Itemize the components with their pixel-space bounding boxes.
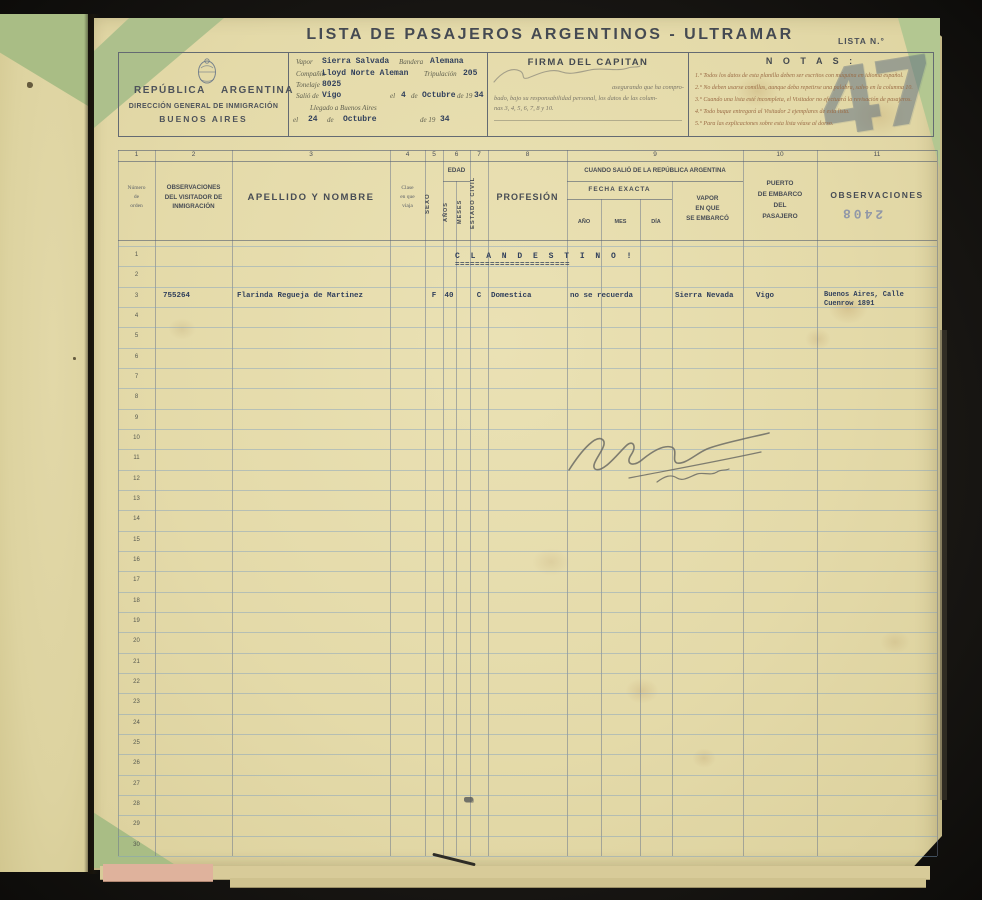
header-edad-anos: AÑOS bbox=[443, 188, 456, 236]
header-profesion: PROFESIÓN bbox=[488, 192, 567, 202]
column-number: 6 bbox=[443, 151, 470, 158]
page-title: LISTA DE PASAJEROS ARGENTINOS - ULTRAMAR bbox=[200, 26, 900, 44]
row-number: 21 bbox=[118, 659, 155, 665]
scanned-passenger-list-page: LISTA DE PASAJEROS ARGENTINOS - ULTRAMAR… bbox=[0, 0, 982, 900]
grid-line-horizontal bbox=[443, 181, 470, 182]
row-number: 9 bbox=[118, 415, 155, 421]
firma-line3: nas 3, 4, 5, 6, 7, 8 y 10. bbox=[494, 105, 684, 112]
column-number: 9 bbox=[567, 151, 743, 158]
row-line bbox=[118, 673, 937, 674]
row-line bbox=[118, 531, 937, 532]
row-number: 27 bbox=[118, 781, 155, 787]
org-republica-text: REPÚBLICA bbox=[134, 85, 206, 96]
nota-item: 5.° Para las explicaciones sobre esta li… bbox=[695, 121, 927, 128]
facing-page-edge bbox=[0, 14, 88, 872]
notas-title: N O T A S : bbox=[690, 56, 932, 66]
stain bbox=[880, 630, 910, 654]
row-number: 16 bbox=[118, 557, 155, 563]
passenger-edad-anos: 40 bbox=[440, 292, 458, 300]
grid-line-horizontal bbox=[118, 161, 937, 162]
row-number: 26 bbox=[118, 760, 155, 766]
org-ciudad-text: BUENOS AIRES bbox=[120, 114, 287, 124]
pink-page-edge bbox=[103, 864, 213, 882]
passenger-codigo: 755264 bbox=[163, 292, 190, 300]
grid-line-vertical bbox=[390, 150, 391, 856]
argentina-coat-of-arms-icon bbox=[195, 57, 219, 85]
grid-line-vertical bbox=[443, 150, 444, 856]
header-observaciones-visitador: OBSERVACIONESDEL VISITADOR DEINMIGRACIÓN bbox=[155, 183, 232, 212]
salio-label: Salió de bbox=[296, 92, 319, 100]
dust-speck bbox=[27, 82, 33, 88]
salio-mes: Octubre bbox=[422, 91, 456, 100]
row-number: 8 bbox=[118, 394, 155, 400]
row-number: 7 bbox=[118, 374, 155, 380]
de-label: de bbox=[411, 92, 418, 100]
llegada-de19-label: de 19 bbox=[420, 116, 435, 124]
firma-rule bbox=[494, 120, 682, 121]
row-number: 13 bbox=[118, 496, 155, 502]
row-line bbox=[118, 429, 937, 430]
row-number: 30 bbox=[118, 842, 155, 848]
passenger-fecha-salida: no se recuerda bbox=[570, 292, 633, 300]
row-number: 3 bbox=[118, 293, 155, 299]
passenger-profesion: Domestica bbox=[491, 292, 532, 300]
llegada-el-label: el bbox=[293, 116, 298, 124]
dust-speck bbox=[73, 357, 76, 360]
row-line bbox=[118, 815, 937, 816]
grid-line-horizontal bbox=[118, 240, 937, 241]
row-number: 29 bbox=[118, 821, 155, 827]
vapor-value: Sierra Salvada bbox=[322, 57, 389, 66]
row-line bbox=[118, 348, 937, 349]
row-line bbox=[118, 307, 937, 308]
llegada-ano: 34 bbox=[440, 115, 450, 124]
passenger-puerto: Vigo bbox=[756, 292, 774, 300]
row-line bbox=[118, 693, 937, 694]
under-page-edge-2 bbox=[230, 878, 926, 888]
row-number: 28 bbox=[118, 801, 155, 807]
stain bbox=[168, 318, 196, 340]
grid-line-vertical bbox=[817, 150, 818, 856]
row-line bbox=[118, 287, 937, 288]
stain bbox=[692, 748, 716, 768]
row-line bbox=[118, 795, 937, 796]
row-line bbox=[118, 836, 937, 837]
grid-line-horizontal bbox=[118, 150, 937, 151]
row-line bbox=[118, 754, 937, 755]
salio-value: Vigo bbox=[322, 91, 341, 100]
llegada-label: Llegado a Buenos Aires bbox=[310, 104, 377, 112]
form-page bbox=[94, 18, 942, 870]
row-number: 20 bbox=[118, 638, 155, 644]
row-line bbox=[118, 388, 937, 389]
bandera-value: Alemana bbox=[430, 57, 464, 66]
tripulacion-label: Tripulación bbox=[424, 70, 457, 78]
column-number: 8 bbox=[488, 151, 567, 158]
header-apellido-nombre: APELLIDO Y NOMBRE bbox=[232, 192, 390, 203]
row-line bbox=[118, 368, 937, 369]
row-line bbox=[118, 612, 937, 613]
column-number: 7 bbox=[470, 151, 488, 158]
llegada-mes: Octubre bbox=[343, 115, 377, 124]
header-puerto-embarco: PUERTODE EMBARCODELPASAJERO bbox=[743, 178, 817, 222]
row-number: 24 bbox=[118, 720, 155, 726]
row-line bbox=[118, 734, 937, 735]
salio-ano: 34 bbox=[474, 91, 484, 100]
compania-label: Compañía bbox=[296, 70, 325, 78]
tonelaje-value: 8025 bbox=[322, 80, 341, 89]
vapor-label: Vapor bbox=[296, 58, 313, 66]
column-number: 1 bbox=[118, 151, 155, 158]
grid-line-vertical bbox=[937, 150, 938, 856]
row-line bbox=[118, 327, 937, 328]
header-estado-civil: ESTADO CIVIL bbox=[470, 170, 488, 236]
row-line bbox=[118, 632, 937, 633]
column-number: 10 bbox=[743, 151, 817, 158]
row-line bbox=[118, 470, 937, 471]
row-number: 5 bbox=[118, 333, 155, 339]
org-direccion-text: DIRECCIÓN GENERAL DE INMIGRACIÓN bbox=[120, 103, 287, 110]
column-number: 2 bbox=[155, 151, 232, 158]
row-number: 17 bbox=[118, 577, 155, 583]
el-label: el bbox=[390, 92, 395, 100]
header-cuando-salio: CUANDO SALIÓ DE LA REPÚBLICA ARGENTINA bbox=[567, 167, 743, 174]
clandestino-underline: ======================= bbox=[455, 261, 570, 269]
header-clase: Claseen queviaja bbox=[390, 184, 425, 211]
nota-item: 2.° No deben usarse comillas, aunque deb… bbox=[695, 85, 927, 92]
row-line bbox=[118, 775, 937, 776]
ink-blot bbox=[464, 797, 473, 802]
row-line bbox=[118, 449, 937, 450]
passenger-obs-line1: Buenos Aires, Calle bbox=[824, 291, 904, 299]
header-sexo: SEXO bbox=[425, 172, 443, 236]
row-number: 25 bbox=[118, 740, 155, 746]
row-number: 12 bbox=[118, 476, 155, 482]
row-number: 23 bbox=[118, 699, 155, 705]
firma-line1: asegurando que ha compro- bbox=[560, 84, 684, 91]
bandera-label: Bandera bbox=[399, 58, 423, 66]
nota-item: 4.° Todo buque entregará al Visitador 2 … bbox=[695, 109, 927, 116]
row-line bbox=[118, 510, 937, 511]
passenger-vapor: Sierra Nevada bbox=[675, 292, 734, 300]
grid-line-horizontal bbox=[567, 199, 672, 200]
header-observaciones: OBSERVACIONES bbox=[817, 190, 937, 200]
row-number: 15 bbox=[118, 537, 155, 543]
right-page-edge bbox=[940, 330, 947, 800]
header-dia: DÍA bbox=[640, 219, 672, 225]
grid-line-vertical bbox=[232, 150, 233, 856]
compania-value: Lloyd Norte Aleman bbox=[322, 69, 408, 78]
tonelaje-label: Tonelaje bbox=[296, 81, 320, 89]
llegada-de-label: de bbox=[327, 116, 334, 124]
header-edad: EDAD bbox=[443, 167, 470, 174]
row-line bbox=[118, 714, 937, 715]
nota-item: 1.° Todos los datos de esta planilla deb… bbox=[695, 73, 927, 80]
row-line bbox=[118, 490, 937, 491]
tripulacion-value: 205 bbox=[463, 69, 477, 78]
column-number: 11 bbox=[817, 151, 937, 158]
passenger-estado-civil: C bbox=[470, 292, 488, 300]
row-line bbox=[118, 653, 937, 654]
row-number: 4 bbox=[118, 313, 155, 319]
clandestino-annotation: C L A N D E S T I N O ! bbox=[455, 252, 634, 261]
column-number: 3 bbox=[232, 151, 390, 158]
org-argentina-text: ARGENTINA bbox=[221, 85, 294, 96]
grid-line-horizontal bbox=[567, 181, 743, 182]
row-line bbox=[118, 409, 937, 410]
header-edad-meses: MESES bbox=[457, 188, 470, 236]
column-number: 5 bbox=[425, 151, 443, 158]
column-number: 4 bbox=[390, 151, 425, 158]
passenger-nombre: Flarinda Regueja de Martinez bbox=[237, 292, 363, 300]
row-number: 6 bbox=[118, 354, 155, 360]
row-number: 1 bbox=[118, 252, 155, 258]
header-vapor-embarco: VAPOREN QUESE EMBARCÓ bbox=[672, 194, 743, 224]
header-ano: AÑO bbox=[567, 219, 601, 225]
row-number: 22 bbox=[118, 679, 155, 685]
de19-label: de 19 bbox=[457, 92, 472, 100]
grid-line-vertical bbox=[425, 150, 426, 856]
firma-line2: bado, bajo su responsabilidad personal, … bbox=[494, 95, 684, 102]
passenger-obs-line2: Cuenrow 1891 bbox=[824, 300, 874, 308]
grid-line-vertical bbox=[743, 150, 744, 856]
row-line bbox=[118, 246, 937, 247]
row-number: 18 bbox=[118, 598, 155, 604]
row-line bbox=[118, 571, 937, 572]
row-line bbox=[118, 856, 937, 857]
header-mes: MES bbox=[601, 219, 640, 225]
grid-line-vertical bbox=[640, 199, 641, 856]
llegada-dia: 24 bbox=[308, 115, 318, 124]
pencil-signature bbox=[565, 426, 775, 488]
header-fecha-exacta: FECHA EXACTA bbox=[567, 186, 672, 193]
row-number: 2 bbox=[118, 272, 155, 278]
row-line bbox=[118, 592, 937, 593]
salio-dia: 4 bbox=[401, 91, 406, 100]
registro-stamp: 2408 bbox=[840, 206, 883, 222]
row-number: 14 bbox=[118, 516, 155, 522]
row-line bbox=[118, 551, 937, 552]
header-numero-orden: Númerodeorden bbox=[118, 184, 155, 211]
stain bbox=[625, 678, 659, 704]
row-number: 10 bbox=[118, 435, 155, 441]
row-number: 19 bbox=[118, 618, 155, 624]
nota-item: 3.° Cuando una lista esté incompleta, el… bbox=[695, 97, 927, 104]
row-number: 11 bbox=[118, 455, 155, 461]
